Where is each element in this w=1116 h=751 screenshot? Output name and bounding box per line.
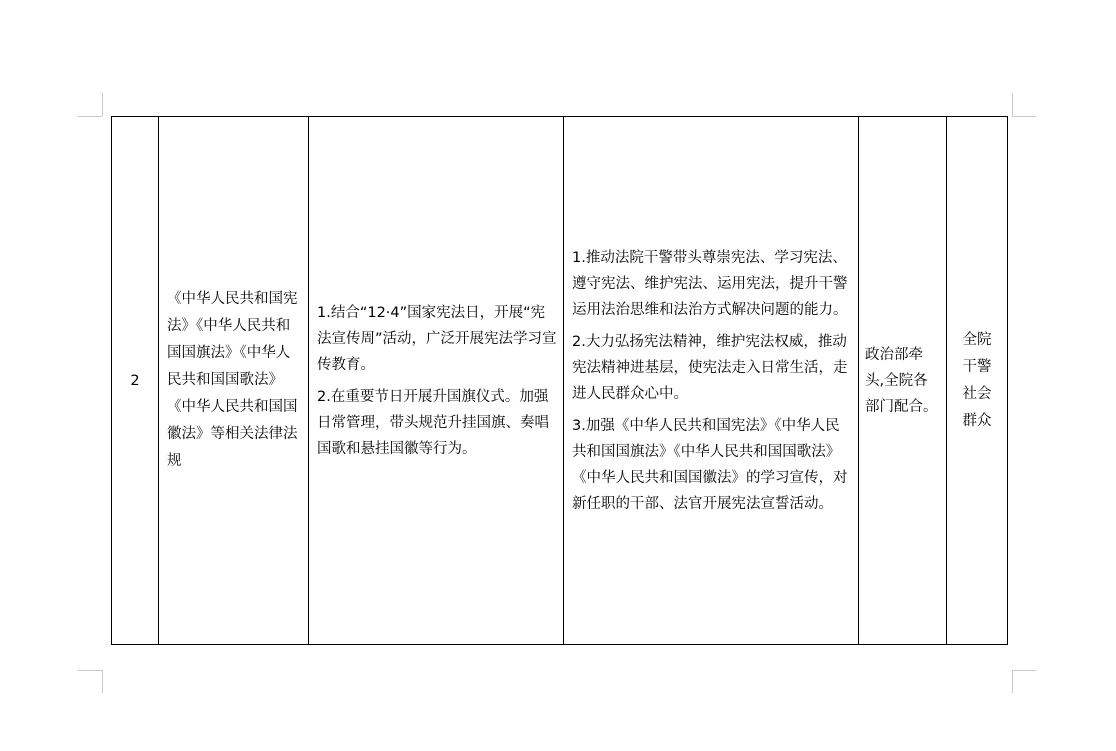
row-number: 2 [130,373,139,389]
corner-mark-top-left-v [102,93,103,116]
corner-mark-top-right-h [1012,116,1036,117]
corner-mark-top-left-h [78,116,102,117]
corner-mark-bottom-left-h [78,670,102,671]
corner-mark-bottom-right-v [1012,670,1013,693]
document-table: 2 《中华人民共和国宪法》《中华人民共和国国旗法》《中华人民共和国国歌法》《中华… [111,116,1008,645]
corner-mark-bottom-right-h [1012,670,1036,671]
laws-text: 《中华人民共和国宪法》《中华人民共和国国旗法》《中华人民共和国国歌法》《中华人民… [159,286,308,475]
goal-item: 2.大力弘扬宪法精神，维护宪法权威，推动宪法精神进基层，使宪法走入日常生活，走进… [572,329,852,407]
activity-item: 1.结合“12·4”国家宪法日，开展“宪法宣传周”活动，广泛开展宪法学习宣传教育… [317,300,557,378]
activity-item: 2.在重要节日开展升国旗仪式。加强日常管理，带头规范升挂国旗、奏唱国歌和悬挂国徽… [317,384,557,462]
goal-item: 3.加强《中华人民共和国宪法》《中华人民共和国国旗法》《中华人民共和国国歌法》《… [572,413,852,517]
goal-item: 1.推动法院干警带头尊崇宪法、学习宪法、遵守宪法、维护宪法、运用宪法，提升干警运… [572,245,852,323]
target-text: 全院干警社会群众 [961,327,993,435]
goals-cell: 1.推动法院干警带头尊崇宪法、学习宪法、遵守宪法、维护宪法、运用宪法，提升干警运… [564,117,859,645]
activities-cell: 1.结合“12·4”国家宪法日，开展“宪法宣传周”活动，广泛开展宪法学习宣传教育… [309,117,564,645]
responsible-text: 政治部牵头,全院各部门配合。 [859,342,946,420]
laws-cell: 《中华人民共和国宪法》《中华人民共和国国旗法》《中华人民共和国国歌法》《中华人民… [159,117,309,645]
corner-mark-top-right-v [1012,93,1013,116]
row-number-cell: 2 [112,117,159,645]
corner-mark-bottom-left-v [102,670,103,693]
responsible-cell: 政治部牵头,全院各部门配合。 [859,117,947,645]
target-cell: 全院干警社会群众 [947,117,1008,645]
table-row: 2 《中华人民共和国宪法》《中华人民共和国国旗法》《中华人民共和国国歌法》《中华… [112,117,1008,645]
